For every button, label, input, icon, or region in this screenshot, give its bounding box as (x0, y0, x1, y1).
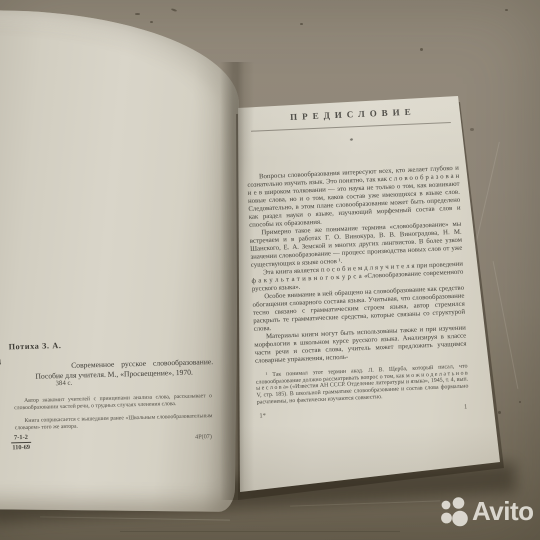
background-speck (505, 9, 508, 11)
classification-code-denominator: 110-69 (11, 443, 31, 452)
paragraph: Материалы книги могут быть использованы … (254, 325, 467, 366)
background-speck (498, 411, 501, 414)
background-speck (135, 13, 140, 15)
background-speck (420, 48, 423, 51)
page-number: 1 (464, 403, 468, 410)
avito-logo-icon (438, 495, 470, 529)
avito-wordmark: Avito (472, 496, 534, 527)
right-page: ПРЕДИСЛОВИЕ * Вопросы словообразования и… (228, 86, 512, 500)
catalog-mark: 4 (0, 358, 1, 367)
paragraph: Эта книга является п о с о б и е м д л я… (251, 261, 464, 294)
paragraph: Вопросы словообразования интересуют всех… (247, 165, 461, 230)
section-separator: * (245, 132, 457, 150)
background-speck (519, 401, 521, 403)
book-photo: Потиха З. А. 4 Современное русское слово… (0, 0, 540, 540)
author-line: Потиха З. А. (9, 341, 62, 351)
imprint-block: Потиха З. А. 4 Современное русское слово… (7, 337, 217, 482)
classification-code-fraction: 7-1-2 110-69 (11, 434, 31, 452)
signature-mark: 1* (259, 412, 266, 419)
background-speck (171, 8, 177, 12)
preface-text: Вопросы словообразования интересуют всех… (247, 165, 467, 366)
paragraph: Примерно такое же понимание термина «сло… (249, 221, 463, 270)
left-page: Потиха З. А. 4 Современное русское слово… (0, 10, 240, 512)
background-speck (470, 128, 474, 131)
annotation-paragraph: Автор знакомит учителей с принципами ана… (14, 393, 212, 412)
page-heading: ПРЕДИСЛОВИЕ (244, 105, 456, 124)
preface-block: ПРЕДИСЛОВИЕ * Вопросы словообразования и… (244, 99, 469, 419)
background-speck (300, 23, 303, 25)
paragraph: Особое внимание в ней обращено на словоо… (252, 285, 466, 334)
pages-count: 384 с. (56, 380, 73, 387)
background-scratch (493, 261, 519, 389)
avito-watermark: Avito (438, 495, 534, 529)
classification-code: 4Р(07) (195, 433, 212, 440)
footnote: ¹ Так понимал этот термин акад. Л. В. Ще… (256, 364, 469, 407)
background-scratch (120, 531, 400, 532)
folio-row: 1* 1 (257, 403, 469, 419)
annotation-paragraph: Книга соприкасается с вышедшим ранее «Шк… (14, 413, 212, 432)
background-speck (150, 21, 153, 23)
heading-rule (251, 122, 451, 132)
bibliography-line: Современное русское словообразование. По… (7, 357, 213, 383)
